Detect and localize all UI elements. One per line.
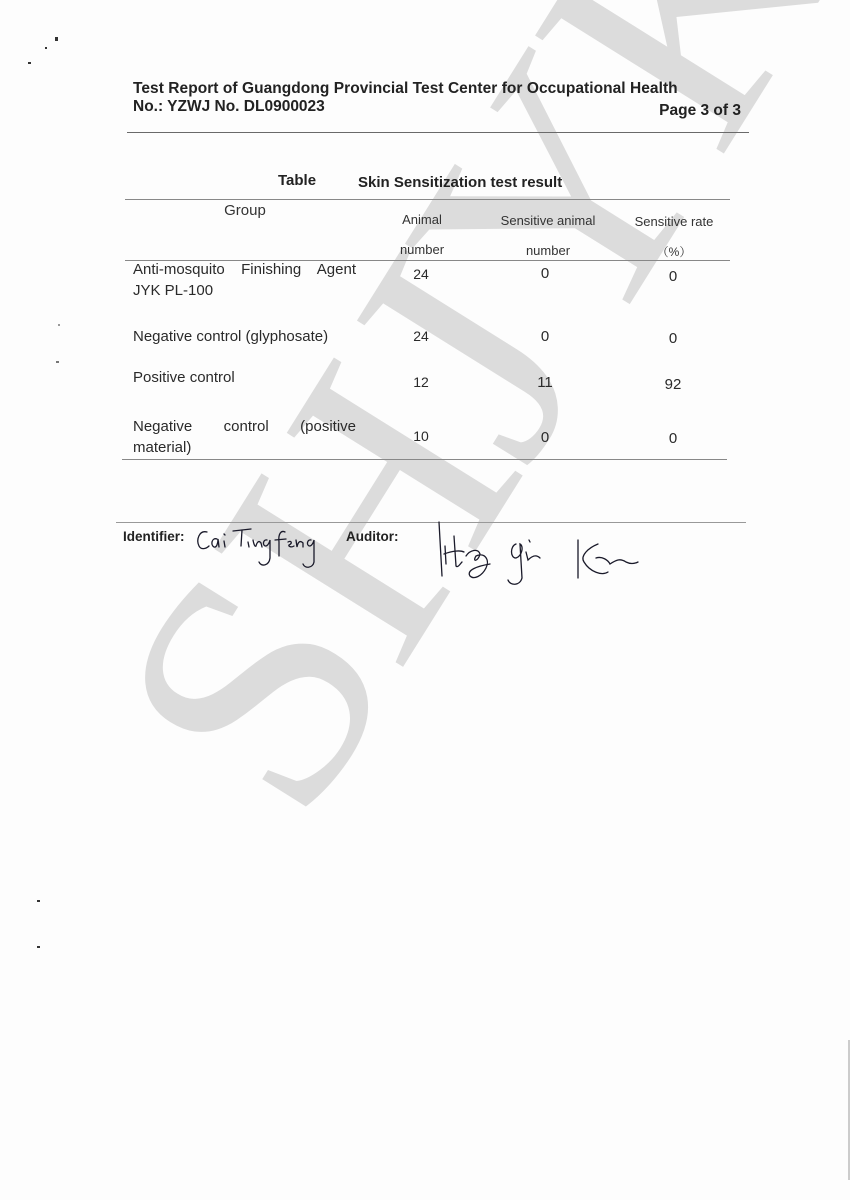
table-top-rule (125, 199, 730, 200)
cell-animal-number: 12 (396, 374, 446, 390)
cell-group: Negative control (glyphosate) (133, 326, 356, 347)
cell-group: Positive control (133, 367, 356, 388)
column-header-sensitive-rate: Sensitive rate （%） (620, 207, 728, 267)
table-bottom-rule (122, 459, 727, 460)
report-title: Test Report of Guangdong Provincial Test… (133, 80, 678, 98)
report-page: SHJYK Test Report of Guangdong Provincia… (0, 0, 850, 1200)
table-label: Table (278, 172, 316, 189)
cell-sensitive-animal-number: 0 (520, 265, 570, 282)
scan-speck (28, 62, 31, 64)
identifier-signature: Cai Tingfeng (193, 522, 323, 574)
cell-sensitive-animal-number: 0 (520, 429, 570, 446)
header-line: （%） (620, 237, 728, 267)
identifier-label: Identifier: (123, 529, 185, 544)
header-line: Sensitive rate (620, 207, 728, 237)
cell-animal-number: 24 (396, 266, 446, 282)
cell-animal-number: 10 (396, 428, 446, 444)
cell-group: Negative control (positive material) (133, 416, 356, 458)
scan-speck (55, 37, 58, 41)
report-number: No.: YZWJ No. DL0900023 (133, 98, 325, 116)
header-line: Sensitive animal (482, 206, 614, 236)
table-title: Skin Sensitization test result (358, 174, 562, 191)
scan-speck (45, 47, 47, 49)
cell-group: Anti-mosquito Finishing Agent JYK PL-100 (133, 259, 356, 301)
cell-animal-number: 24 (396, 328, 446, 344)
auditor-signature: handwritten signature (430, 516, 670, 588)
auditor-label: Auditor: (346, 529, 398, 544)
header-divider (127, 132, 749, 133)
cell-sensitive-animal-number: 11 (520, 374, 570, 391)
column-header-group: Group (160, 202, 330, 219)
cell-sensitive-animal-number: 0 (520, 328, 570, 345)
scan-speck (37, 900, 40, 902)
scan-speck (58, 324, 60, 326)
column-header-animal-number: Animal number (380, 205, 464, 265)
column-header-sensitive-animal-number: Sensitive animal number (482, 206, 614, 266)
header-line: number (482, 236, 614, 266)
cell-sensitive-rate: 0 (648, 330, 698, 347)
header-line: Animal (380, 205, 464, 235)
cell-sensitive-rate: 0 (648, 430, 698, 447)
scan-speck (37, 946, 40, 948)
cell-sensitive-rate: 92 (648, 376, 698, 393)
scan-speck (56, 361, 59, 363)
cell-sensitive-rate: 0 (648, 268, 698, 285)
page-number: Page 3 of 3 (659, 102, 741, 120)
